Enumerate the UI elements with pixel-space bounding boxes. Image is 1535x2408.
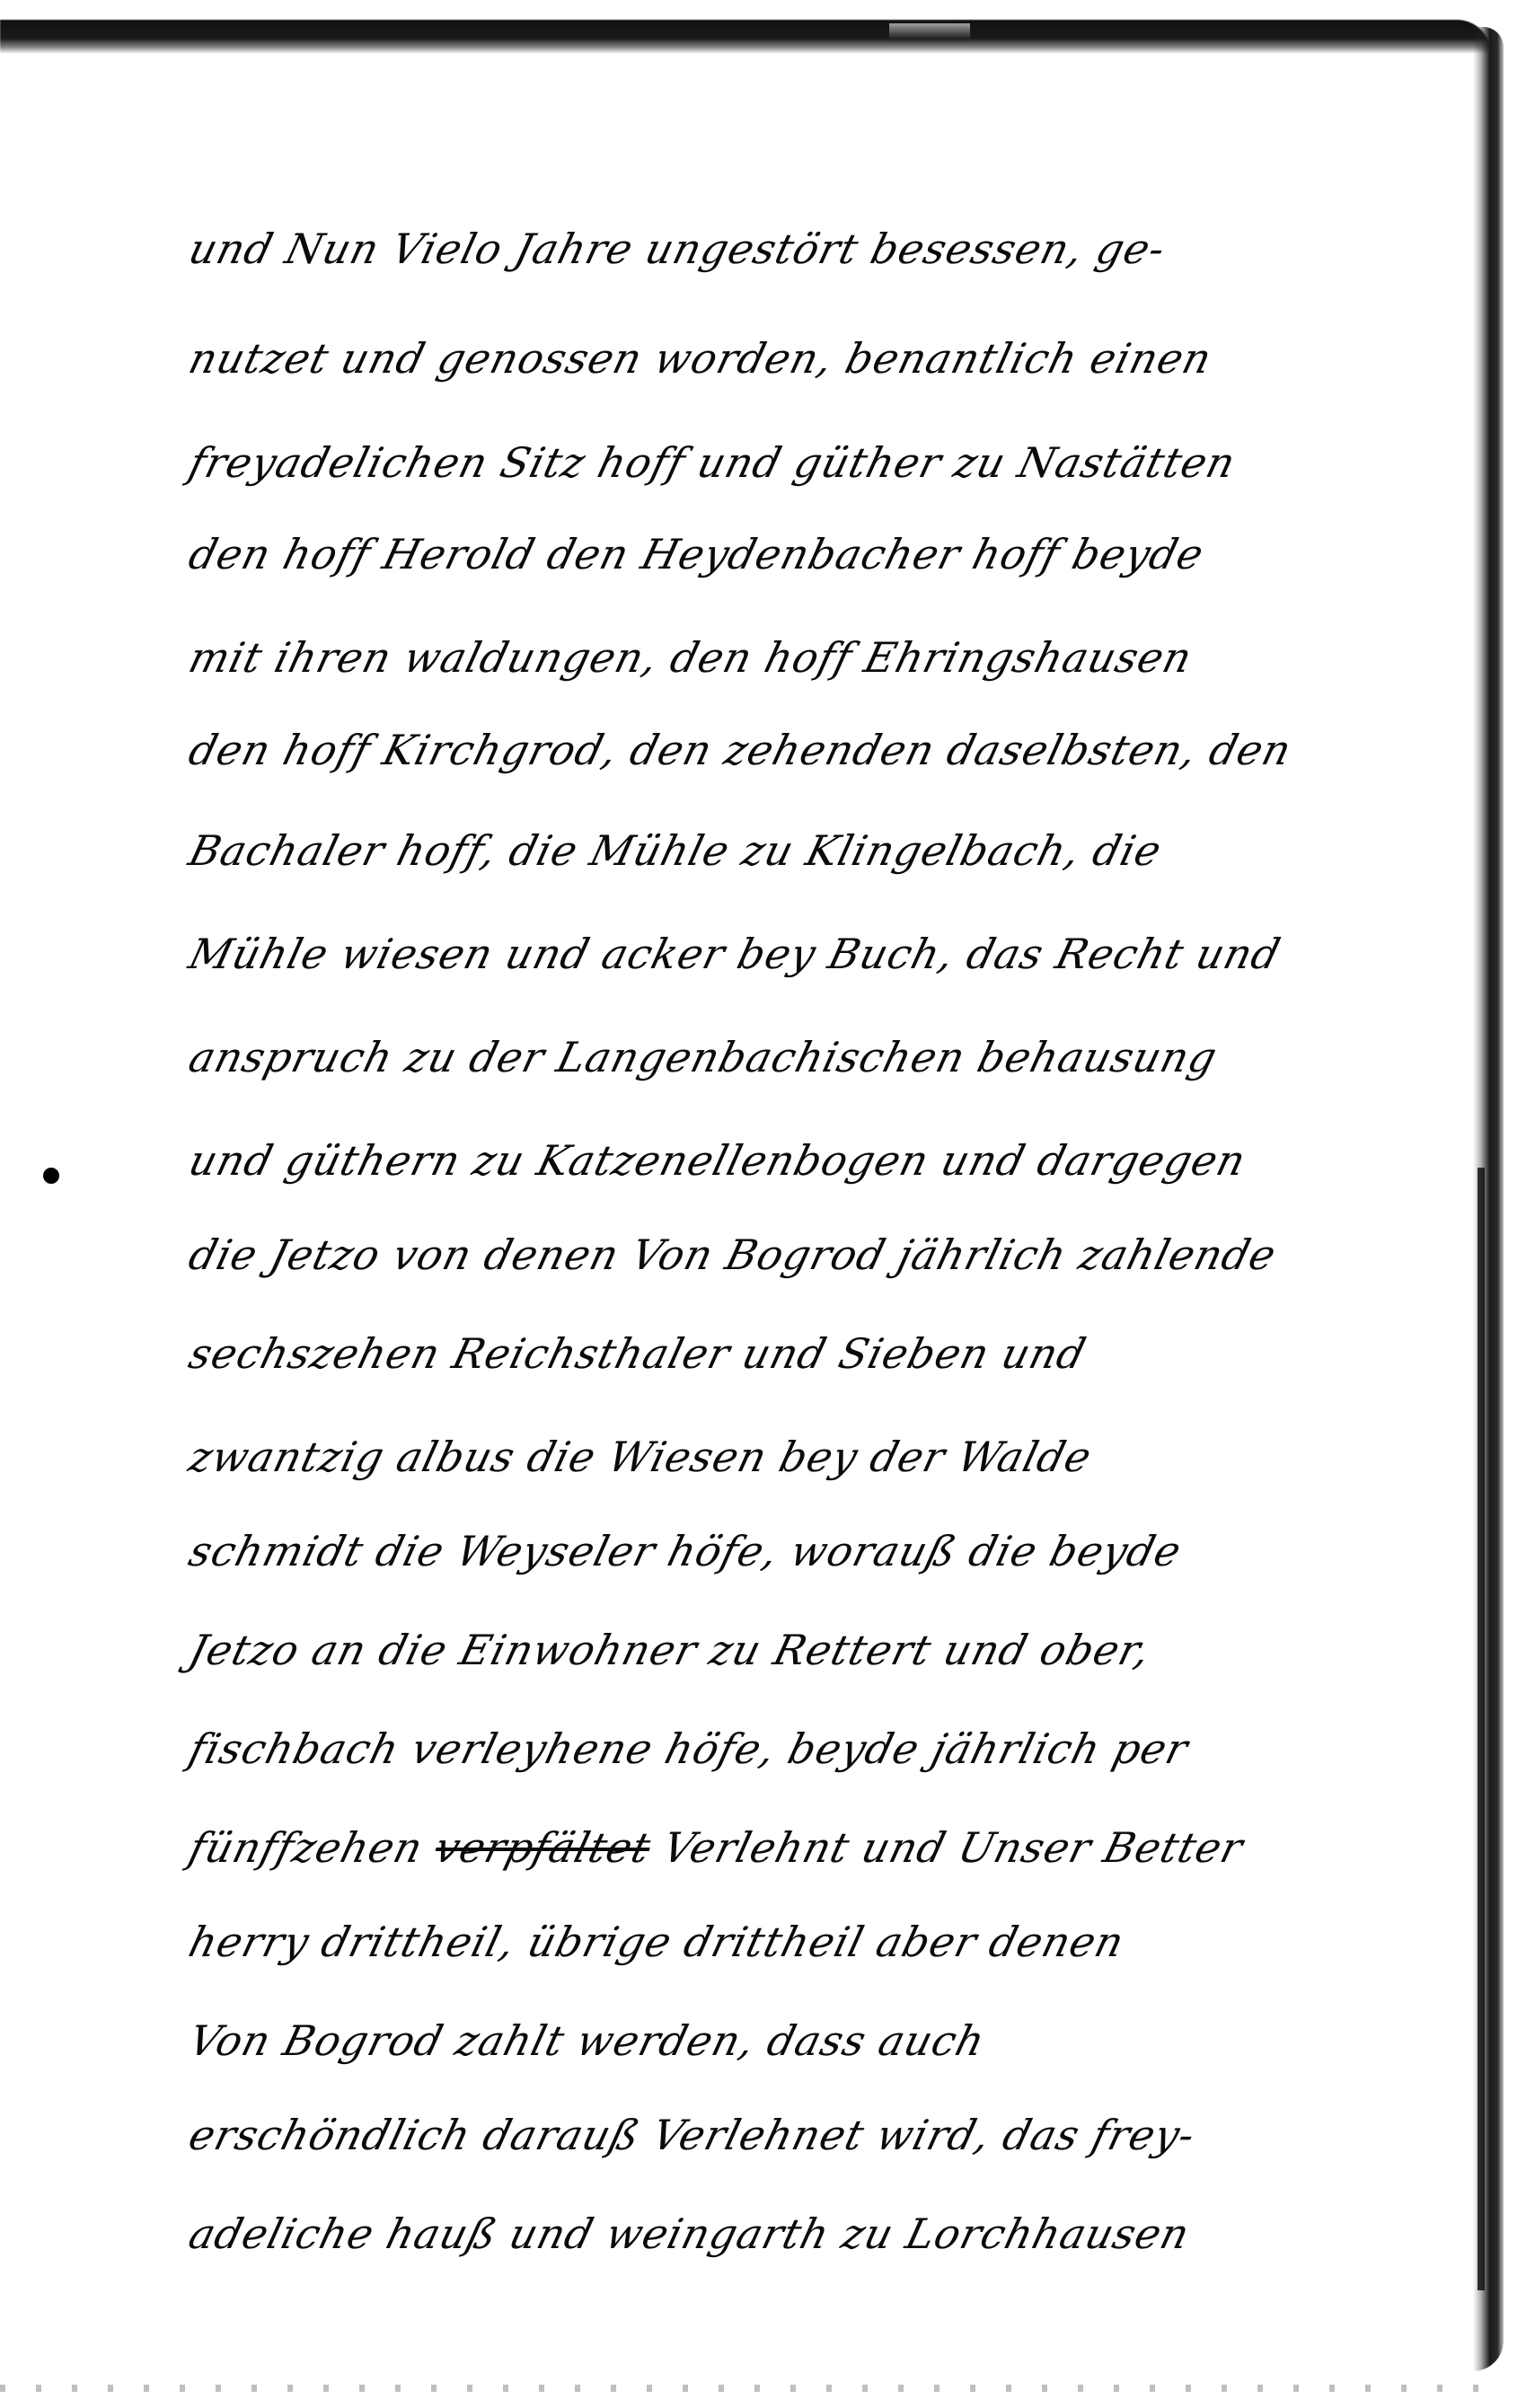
text-line: den hoff Kirchgrod, den zehenden daselbs…: [184, 726, 1297, 774]
text-line: Jetzo an die Einwohner zu Rettert und ob…: [184, 1626, 1156, 1674]
manuscript-page: und Nun Vielo Jahre ungestört besessen, …: [0, 0, 1535, 2408]
text-line: die Jetzo von denen Von Bogrod jährlich …: [184, 1230, 1282, 1279]
text-line: und Nun Vielo Jahre ungestört besessen, …: [184, 225, 1170, 273]
text-line: nutzet und genossen worden, benantlich e…: [184, 334, 1217, 383]
text-line: Mühle wiesen und acker bey Buch, das Rec…: [184, 930, 1285, 978]
text-segment: fünffzehen: [184, 1823, 428, 1872]
page-edge-top: [0, 20, 1491, 54]
page-edge-tear: [889, 23, 970, 40]
text-line: zwantzig albus die Wiesen bey der Walde: [184, 1433, 1097, 1481]
text-line: fischbach verleyhene höfe, beyde jährlic…: [184, 1724, 1194, 1773]
text-line: adeliche hauß und weingarth zu Lorchhaus…: [184, 2210, 1195, 2258]
text-line: erschöndlich darauß Verlehnet wird, das …: [184, 2111, 1200, 2159]
text-line: freyadelichen Sitz hoff und güther zu Na…: [184, 438, 1240, 487]
text-line: Von Bogrod zahlt werden, dass auch: [184, 2016, 990, 2065]
text-line: und güthern zu Katzenellenbogen und darg…: [184, 1136, 1251, 1185]
ink-blot: [43, 1168, 59, 1184]
text-line: sechszehen Reichsthaler und Sieben und: [184, 1329, 1091, 1378]
text-line: den hoff Herold den Heydenbacher hoff be…: [184, 530, 1209, 578]
text-line: herry drittheil, übrige drittheil aber d…: [184, 1918, 1129, 1966]
text-line: schmidt die Weyseler höfe, worauß die be…: [184, 1527, 1187, 1575]
text-line: Bachaler hoff, die Mühle zu Klingelbach,…: [184, 826, 1167, 875]
struck-out-word: verpfältet: [430, 1823, 656, 1872]
text-segment: Verlehnt und Unser Better: [658, 1823, 1248, 1872]
text-line: mit ihren waldungen, den hoff Ehringshau…: [184, 633, 1197, 682]
page-binding-line: [1478, 1168, 1485, 2290]
text-line: fünffzehen verpfältet Verlehnt und Unser…: [184, 1823, 1248, 1872]
text-line: anspruch zu der Langenbachischen behausu…: [184, 1033, 1222, 1081]
page-edge-bottom: [0, 2385, 1491, 2392]
